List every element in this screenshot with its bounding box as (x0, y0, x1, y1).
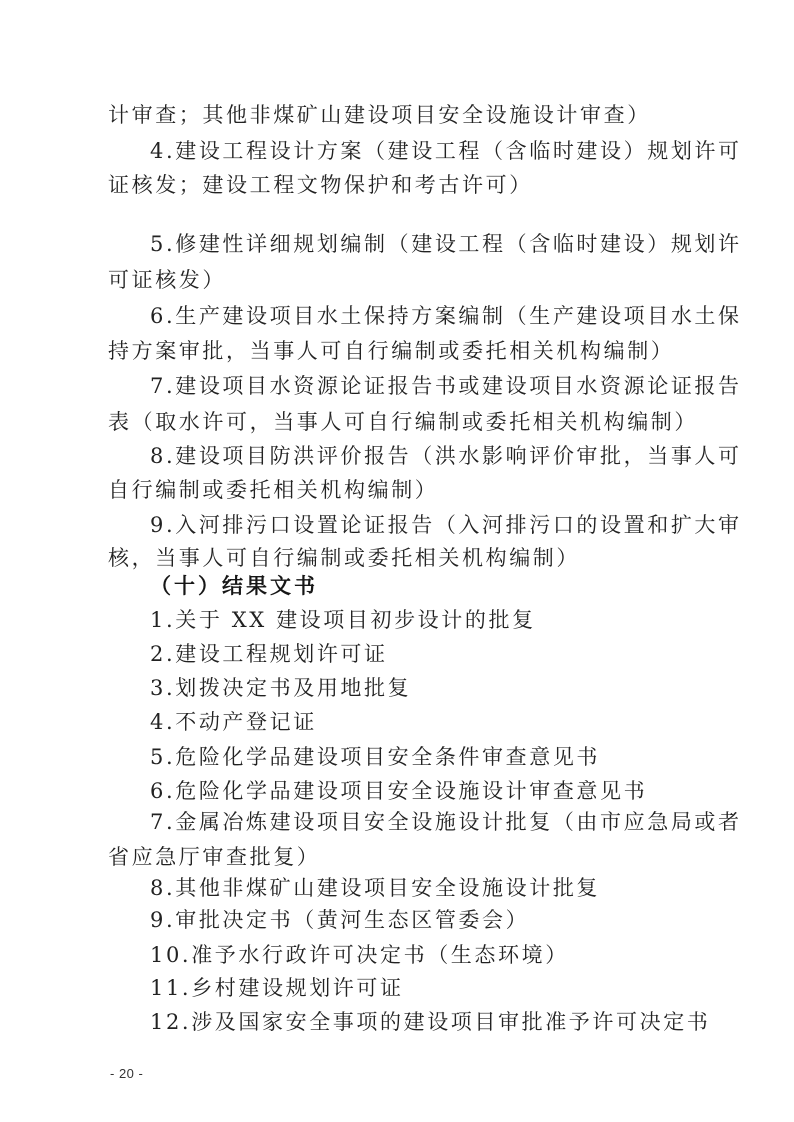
material-item-4: 4.建设工程设计方案（建设工程（含临时建设）规划许可 (150, 137, 742, 165)
material-item-9-continued: 核，当事人可自行编制或委托相关机构编制） (108, 544, 580, 572)
result-document-7: 7.金属冶炼建设项目安全设施设计批复（由市应急局或者 (150, 808, 742, 836)
material-item-6: 6.生产建设项目水土保持方案编制（生产建设项目水土保 (150, 302, 742, 330)
material-item-4-continued: 证核发；建设工程文物保护和考古许可） (108, 171, 533, 199)
result-document-9: 9.审批决定书（黄河生态区管委会） (150, 906, 529, 934)
result-document-7-continued: 省应急厅审查批复） (108, 843, 320, 871)
page-number: - 20 - (110, 1066, 143, 1081)
result-document-5: 5.危险化学品建设项目安全条件审查意见书 (150, 743, 600, 771)
result-document-11: 11.乡村建设规划许可证 (150, 974, 404, 1002)
result-document-1: 1.关于 XX 建设项目初步设计的批复 (150, 606, 536, 634)
material-item-7: 7.建设项目水资源论证报告书或建设项目水资源论证报告 (150, 372, 742, 400)
material-item-6-continued: 持方案审批，当事人可自行编制或委托相关机构编制） (108, 337, 674, 365)
material-item-5: 5.修建性详细规划编制（建设工程（含临时建设）规划许 (150, 230, 742, 258)
result-document-2: 2.建设工程规划许可证 (150, 640, 388, 668)
result-document-6: 6.危险化学品建设项目安全设施设计审查意见书 (150, 777, 647, 805)
result-document-4: 4.不动产登记证 (150, 708, 317, 736)
result-document-8: 8.其他非煤矿山建设项目安全设施设计批复 (150, 874, 600, 902)
continuation-line: 计审查；其他非煤矿山建设项目安全设施设计审查） (108, 101, 651, 129)
result-document-10: 10.准予水行政许可决定书（生态环境） (150, 941, 569, 969)
material-item-8-continued: 自行编制或委托相关机构编制） (108, 476, 438, 504)
material-item-5-continued: 可证核发） (108, 266, 226, 294)
result-document-12: 12.涉及国家安全事项的建设项目审批准予许可决定书 (150, 1008, 710, 1036)
result-document-3: 3.划拨决定书及用地批复 (150, 674, 411, 702)
material-item-7-continued: 表（取水许可，当事人可自行编制或委托相关机构编制） (108, 408, 698, 436)
section-heading: （十）结果文书 (150, 572, 318, 600)
document-page: 计审查；其他非煤矿山建设项目安全设施设计审查） 4.建设工程设计方案（建设工程（… (0, 0, 794, 1122)
material-item-8: 8.建设项目防洪评价报告（洪水影响评价审批，当事人可 (150, 442, 742, 470)
material-item-9: 9.入河排污口设置论证报告（入河排污口的设置和扩大审 (150, 511, 742, 539)
